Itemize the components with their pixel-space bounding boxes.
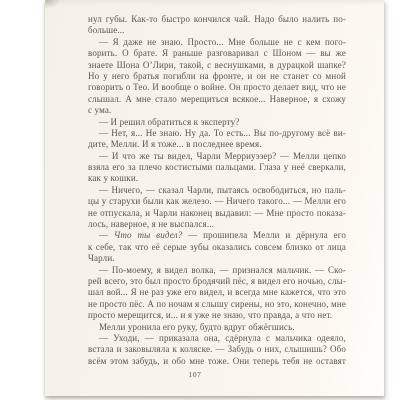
text-line: цы у старухи были как железо. — Ничего т… xyxy=(88,196,346,207)
line-text: знаете Шона О’Лири, такой, с веснушками,… xyxy=(88,60,346,70)
line-text: — Я даже не знаю. Просто... Мне больше н… xyxy=(99,37,346,47)
text-line: рей всего, это был просто бродячий пёс, … xyxy=(88,276,346,287)
line-text: — прошипела Мелли и дёрнула его xyxy=(182,230,346,240)
text-line: всём этом забудь, и обо мне тоже. Они те… xyxy=(88,356,346,367)
text-line: слышал. А мне стало мерещиться всякое...… xyxy=(88,94,346,105)
text-line: с ума. xyxy=(88,105,346,116)
line-text: больше... xyxy=(88,25,125,35)
line-text: — Ничего, — сказал Чарли, пытаясь освобо… xyxy=(99,185,346,195)
text-line: Но у него братья погибли на фронте, и он… xyxy=(88,71,346,82)
line-text: просто мерещится, и... и я уже не знаю, … xyxy=(88,310,332,320)
text-line: дите, Мелли. И я тоже... в последнее вре… xyxy=(88,139,346,150)
line-text: нул губы. Как-то быстро кончился чай. На… xyxy=(88,14,346,24)
text-line: говорить о Тео. И вообще о войне. Он про… xyxy=(88,82,346,93)
text-line: больше... xyxy=(88,25,346,36)
text-line: — По-моему, я видел волка, — признался м… xyxy=(88,265,346,276)
text-line: к себе, так что её серые зубы оказались … xyxy=(88,242,346,253)
text-line: не просто пёс. А по ночам я слышу сирены… xyxy=(88,299,346,310)
line-text: встала и заковыляла к коляске. — Забудь … xyxy=(88,344,346,354)
line-text: — И решил обратиться к эксперту? xyxy=(99,117,239,127)
line-text: слышал. А мне стало мерещиться всякое...… xyxy=(88,94,346,104)
line-text: Но у него братья погибли на фронте, и он… xyxy=(88,71,346,81)
text-line: — Нет, я... Не знаю. Ну да. То есть... В… xyxy=(88,128,346,139)
line-text: как у кошки. xyxy=(88,173,138,183)
line-text: лось, наверное, я не выспался... xyxy=(88,219,214,229)
text-line: нул губы. Как-то быстро кончился чай. На… xyxy=(88,14,346,25)
text-line: встала и заковыляла к коляске. — Забудь … xyxy=(88,344,346,355)
italic-phrase: Что ты видел? xyxy=(114,230,182,240)
text-line: — И что же ты видел, Чарли Мерриуэзер? —… xyxy=(88,151,346,162)
line-text: — По-моему, я видел волка, — признался м… xyxy=(99,265,346,275)
page-text: нул губы. Как-то быстро кончился чай. На… xyxy=(88,14,346,367)
text-line: взяла его за плечо костистыми пальцами. … xyxy=(88,162,346,173)
page-number: 107 xyxy=(160,370,230,379)
text-line: знаете Шона О’Лири, такой, с веснушками,… xyxy=(88,60,346,71)
line-text: ворить. О брате. Я раньше разговаривал с… xyxy=(88,48,346,58)
line-text: шал вой... Я не раз уже его видел, и все… xyxy=(88,287,346,297)
text-line: — Что ты видел? — прошипела Мелли и дёрн… xyxy=(88,230,346,241)
text-line: — Я даже не знаю. Просто... Мне больше н… xyxy=(88,37,346,48)
text-line: Мелли уронила его руку, будто вдруг обжё… xyxy=(88,322,346,333)
line-text: рей всего, это был просто бродячий пёс, … xyxy=(88,276,346,286)
line-text: всём этом забудь, и обо мне тоже. Они те… xyxy=(88,356,346,366)
text-line: просто мерещится, и... и я уже не знаю, … xyxy=(88,310,346,321)
text-line: Чарли. xyxy=(88,253,346,264)
text-line: — Ничего, — сказал Чарли, пытаясь освобо… xyxy=(88,185,346,196)
line-text: дите, Мелли. И я тоже... в последнее вре… xyxy=(88,139,262,149)
text-line: шал вой... Я не раз уже его видел, и все… xyxy=(88,287,346,298)
line-text: взяла его за плечо костистыми пальцами. … xyxy=(88,162,346,172)
line-text: Мелли уронила его руку, будто вдруг обжё… xyxy=(99,322,295,332)
text-line: лось, наверное, я не выспался... xyxy=(88,219,346,230)
line-text: — Нет, я... Не знаю. Ну да. То есть... В… xyxy=(99,128,346,138)
line-text: Чарли. xyxy=(88,253,115,263)
line-text: говорить о Тео. И вообще о войне. Он про… xyxy=(88,82,346,92)
page-corner-shading xyxy=(45,0,61,9)
line-text: не просто пёс. А по ночам я слышу сирены… xyxy=(88,299,346,309)
text-line: не отпускала, и Чарли наконец выдавил: —… xyxy=(88,208,346,219)
line-text: — xyxy=(99,230,114,240)
line-text: к себе, так что её серые зубы оказались … xyxy=(88,242,346,252)
book-page: нул губы. Как-то быстро кончился чай. На… xyxy=(45,0,384,396)
line-text: — Уходи, — приказала она, сдёрнула с мал… xyxy=(99,333,346,343)
line-text: с ума. xyxy=(88,105,111,115)
line-text: цы у старухи были как железо. — Ничего т… xyxy=(88,196,346,206)
line-text: — И что же ты видел, Чарли Мерриуэзер? —… xyxy=(99,151,346,161)
text-line: — И решил обратиться к эксперту? xyxy=(88,117,346,128)
text-line: — Уходи, — приказала она, сдёрнула с мал… xyxy=(88,333,346,344)
book-page-photo: нул губы. Как-то быстро кончился чай. На… xyxy=(0,0,400,400)
text-line: как у кошки. xyxy=(88,173,346,184)
text-line: ворить. О брате. Я раньше разговаривал с… xyxy=(88,48,346,59)
line-text: не отпускала, и Чарли наконец выдавил: —… xyxy=(88,208,346,218)
